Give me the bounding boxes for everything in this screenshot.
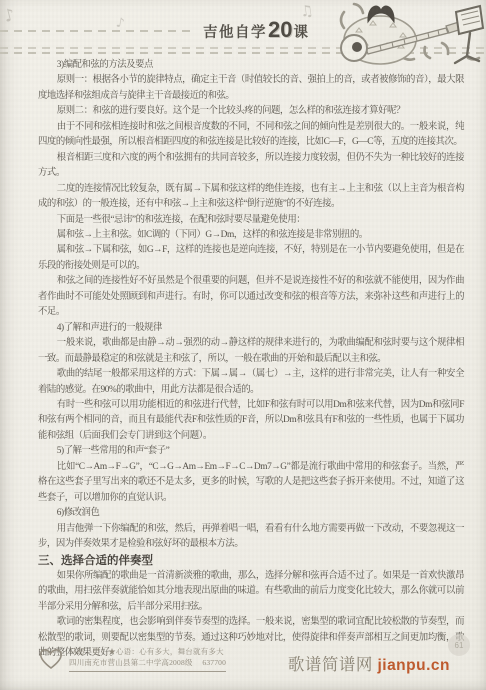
owner-stamp: 马超 男 ★心语：心有多大，舞台就有多大 四川南充市营山县第二中学高2008级 … [38, 646, 226, 672]
paragraph: 一般来说，歌曲都是由静→动→强烈的动→静这样的规律来进行的，为歌曲编配和弦时要与… [38, 336, 464, 367]
page-header: ♪ ♪ ♫ 吉他自学20课 [0, 0, 486, 66]
paragraph: 根音相距三度和六度的两个和弦拥有的共同音较多，所以连接力度较弱，但仍不失为一种比… [38, 151, 464, 182]
paragraph: 原则一：根据各小节的旋律特点，确定主干音（时值较长的音、强拍上的音，或者被修饰的… [38, 73, 464, 104]
owner-motto: ★心语：心有多大，舞台就有多大 [108, 647, 224, 656]
sub-heading: 6)修改润色 [38, 506, 464, 521]
owner-gender: 男 [92, 647, 100, 656]
site-watermark-name: 歌谱简谱网 [288, 655, 373, 674]
paragraph: 二度的连接情况比较复杂，既有属→下属和弦这样的绝佳连接，也有主→上主和弦（以上主… [38, 182, 464, 213]
heart-icon [38, 647, 64, 671]
paragraph: 原则二：和弦的进行要良好。这个是一个比较头疼的问题，怎么样的和弦连接才算好呢？ [38, 104, 464, 119]
paragraph: 属和弦→下属和弦，如G→F，这样的连接也是逆向连接，不好，特别是在一小节内要避免… [38, 243, 464, 274]
page-number-badge: 61 [448, 634, 470, 656]
section-heading: 三、选择合适的伴奏型 [38, 553, 464, 570]
paragraph: 有时一些和弦可以用功能相近的和弦进行代替，比如F和弦有时可以用Dm和弦来代替，因… [38, 398, 464, 444]
book-title-suffix: 课 [293, 21, 309, 42]
paragraph: 用吉他弹一下你编配的和弦，然后，再弹着唱一唱，看看有什么地方需要再做一下改动，不… [38, 522, 464, 553]
site-watermark-domain: jianpu.cn [377, 657, 450, 674]
owner-name: 马超 [69, 647, 84, 656]
site-watermark: 歌谱简谱网 jianpu.cn [288, 651, 450, 675]
paragraph: 歌曲的结尾一般都采用这样的方式：下属→属→（属七）→主，这样的进行非常完美，让人… [38, 367, 464, 398]
music-note-icon: ♪ [2, 5, 17, 27]
sub-heading: 3)编配和弦的方法及要点 [38, 58, 464, 73]
book-title: 吉他自学20课 [203, 17, 309, 43]
paragraph: 和弦之间的连接性好不好虽然是个很重要的问题，但并不是说连接性不好的和弦就不能使用… [38, 274, 464, 320]
paragraph: 由于不同和弦相连接时和弦之间根音度数的不同，不同和弦之间的倾向性是差别很大的。一… [38, 120, 464, 151]
paragraph: 属和弦→上主和弦。如C调的（下同）G→Dm，这样的和弦连接是非常别扭的。 [38, 228, 464, 243]
paragraph: 比如“C→Am→F→G”，“C→G→Am→Em→F→C→Dm7→G”都是流行歌曲… [38, 460, 464, 506]
owner-stamp-line2: 四川南充市营山县第二中学高2008级 637700 [69, 657, 226, 668]
paragraph: 如果你所编配的歌曲是一首清新淡雅的歌曲，那么，选择分解和弦再合适不过了。如果是一… [38, 569, 464, 615]
owner-school: 四川南充市营山县第二中学高2008级 [69, 658, 193, 667]
sub-heading: 5)了解一些常用的和声“套子” [38, 444, 464, 459]
paragraph: 下面是一些很“忌讳”的和弦连接，在配和弦时要尽量避免使用： [38, 213, 464, 228]
guitarist-illustration [328, 0, 486, 66]
owner-stamp-text: 马超 男 ★心语：心有多大，舞台就有多大 四川南充市营山县第二中学高2008级 … [69, 646, 226, 672]
page-number: 61 [455, 641, 464, 650]
body-text: 3)编配和弦的方法及要点原则一：根据各小节的旋律特点，确定主干音（时值较长的音、… [38, 58, 464, 662]
owner-postcode: 637700 [195, 658, 226, 667]
owner-stamp-line1: 马超 男 ★心语：心有多大，舞台就有多大 [69, 646, 226, 657]
book-title-number: 20 [268, 17, 292, 43]
dashed-divider [0, 30, 196, 32]
book-title-prefix: 吉他自学 [203, 21, 267, 42]
scanned-book-page: ♪ ♪ ♫ 吉他自学20课 [0, 0, 486, 690]
sub-heading: 4)了解和声进行的一般规律 [38, 321, 464, 336]
